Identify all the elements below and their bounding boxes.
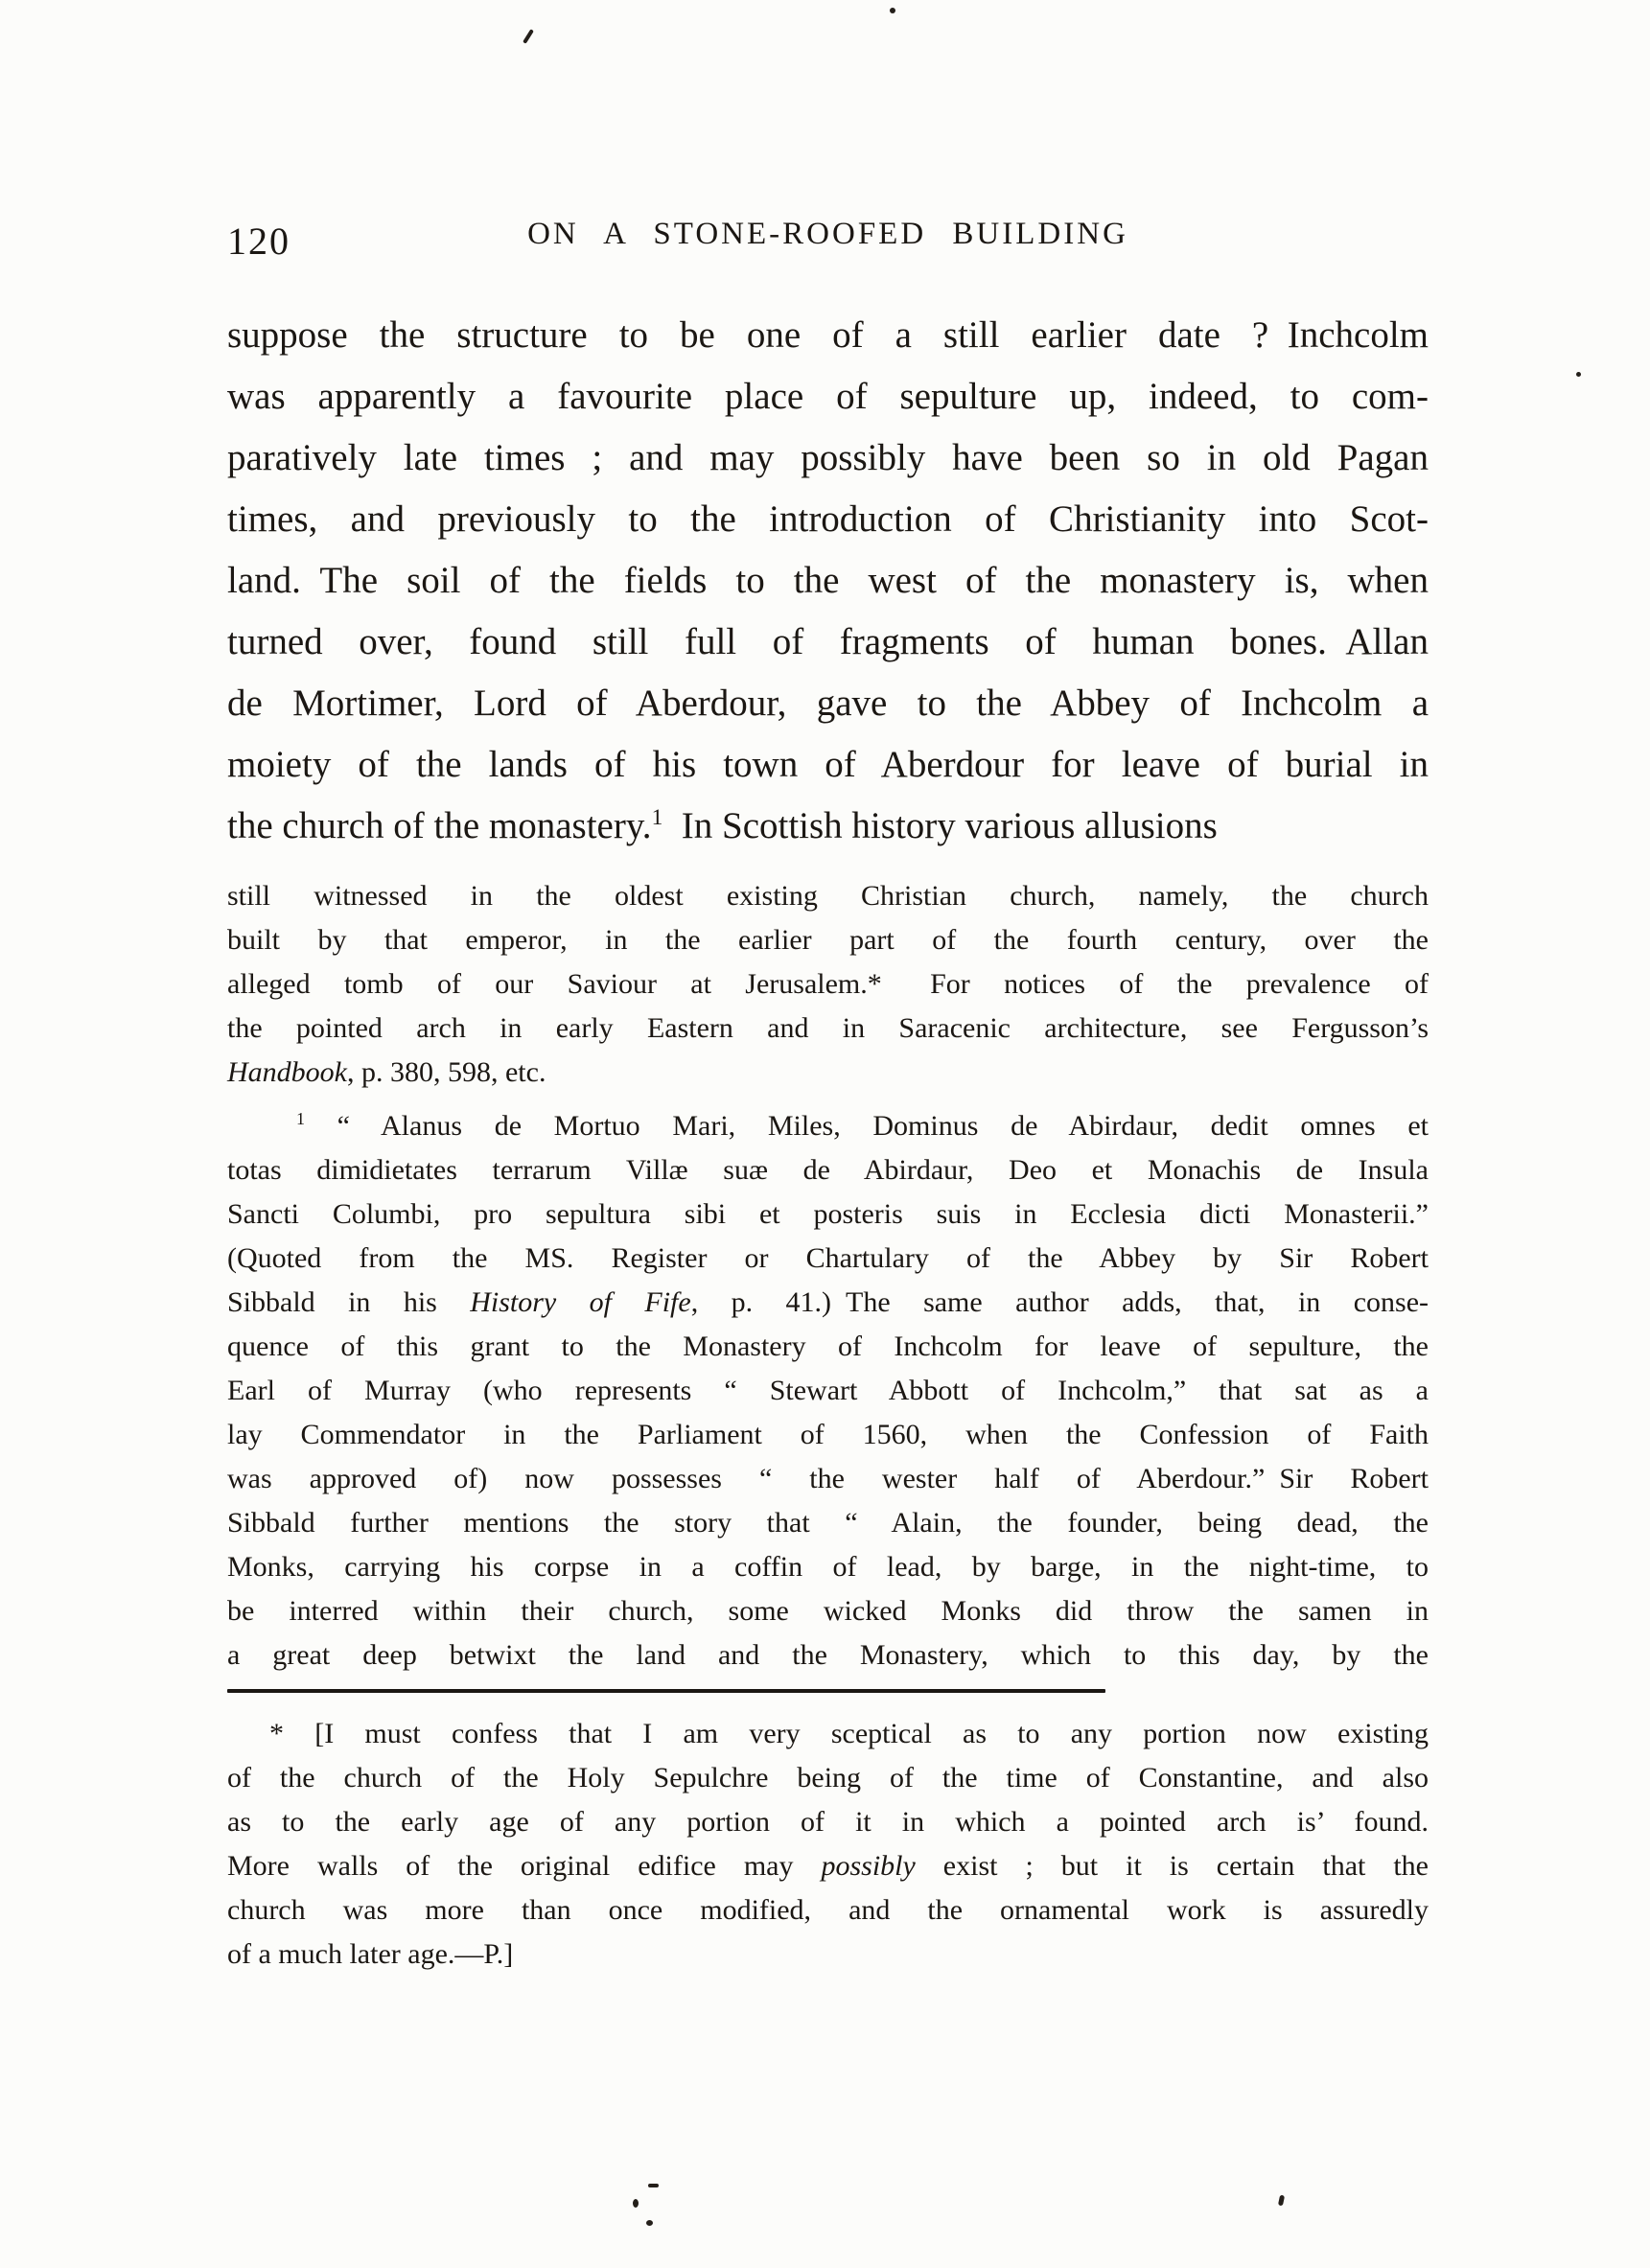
footnote-line: built by that emperor, in the earlier pa…: [227, 918, 1429, 962]
footnote-text-segment: exist ; but it is certain that the: [916, 1850, 1429, 1882]
ink-speck: [646, 2220, 653, 2226]
footnote-1-marker: 1: [296, 1109, 305, 1128]
body-line: de Mortimer, Lord of Aberdour, gave to t…: [227, 673, 1429, 734]
footnote-continuation: still witnessed in the oldest existing C…: [227, 874, 1429, 1095]
ink-speck: [523, 29, 534, 44]
footnote-line: (Quoted from the MS. Register or Chartul…: [227, 1237, 1429, 1281]
emphasis-italic: possibly: [821, 1850, 915, 1882]
ink-speck: [890, 8, 895, 13]
body-line: times, and previously to the introductio…: [227, 489, 1429, 550]
footnote-text-segment: , p. 41.) The same author adds, that, in…: [691, 1286, 1429, 1318]
main-paragraph: suppose the structure to be one of a sti…: [227, 305, 1429, 857]
running-title: ON A STONE-ROOFED BUILDING: [227, 217, 1429, 252]
footnote-line: 1 “ Alanus de Mortuo Mari, Miles, Dominu…: [227, 1104, 1429, 1148]
footnote-asterisk: * [I must confess that I am very sceptic…: [227, 1712, 1429, 1977]
footnote-line: of the church of the Holy Sepulchre bein…: [227, 1756, 1429, 1800]
page-number: 120: [227, 219, 290, 264]
footnote-line: Earl of Murray (who represents “ Stewart…: [227, 1369, 1429, 1413]
body-text-segment: the church of the monastery.: [227, 805, 652, 846]
book-title-italic: History of Fife: [470, 1286, 690, 1318]
page-header: 120 ON A STONE-ROOFED BUILDING: [227, 217, 1429, 265]
book-title-italic: Handbook: [227, 1056, 347, 1088]
ink-speck: [1278, 2195, 1285, 2207]
footnote-text-segment: Sibbald in his: [227, 1286, 470, 1318]
body-text-segment: In Scottish history various allusions: [662, 805, 1218, 846]
footnote-line: as to the early age of any portion of it…: [227, 1800, 1429, 1844]
footnote-text-segment: , p. 380, 598, etc.: [347, 1056, 546, 1088]
body-line: was apparently a favourite place of sepu…: [227, 366, 1429, 428]
body-line: moiety of the lands of his town of Aberd…: [227, 734, 1429, 796]
footnote-reference-1: 1: [652, 805, 663, 830]
body-line: turned over, found still full of fragmen…: [227, 612, 1429, 673]
footnote-line: totas dimidietates terrarum Villæ suæ de…: [227, 1148, 1429, 1192]
footnote-text-segment: More walls of the original edifice may: [227, 1850, 821, 1882]
footnote-line: More walls of the original edifice may p…: [227, 1844, 1429, 1888]
footnote-line: Sibbald further mentions the story that …: [227, 1501, 1429, 1545]
body-line: land. The soil of the fields to the west…: [227, 550, 1429, 612]
footnote-line: * [I must confess that I am very sceptic…: [227, 1712, 1429, 1756]
body-line: the church of the monastery.1 In Scottis…: [227, 796, 1429, 857]
footnote-text-segment: “ Alanus de Mortuo Mari, Miles, Dominus …: [305, 1110, 1429, 1142]
scanned-book-page: { "header": { "page_number": "120", "run…: [0, 0, 1650, 2268]
footnote-line: Monks, carrying his corpse in a coffin o…: [227, 1545, 1429, 1589]
ink-speck: [1576, 372, 1581, 377]
footnote-line: Sibbald in his History of Fife, p. 41.) …: [227, 1281, 1429, 1325]
footnote-line: was approved of) now possesses “ the wes…: [227, 1457, 1429, 1501]
footnote-line: alleged tomb of our Saviour at Jerusalem…: [227, 962, 1429, 1007]
ink-speck: [648, 2184, 659, 2187]
footnote-line: the pointed arch in early Eastern and in…: [227, 1007, 1429, 1051]
body-line: suppose the structure to be one of a sti…: [227, 305, 1429, 366]
footnote-line: lay Commendator in the Parliament of 156…: [227, 1413, 1429, 1457]
footnote-line: a great deep betwixt the land and the Mo…: [227, 1633, 1429, 1678]
footnote-1: 1 “ Alanus de Mortuo Mari, Miles, Dominu…: [227, 1104, 1429, 1678]
footnote-line: Handbook, p. 380, 598, etc.: [227, 1051, 1429, 1095]
footnote-line: still witnessed in the oldest existing C…: [227, 874, 1429, 918]
footnote-line: quence of this grant to the Monastery of…: [227, 1325, 1429, 1369]
footnote-line: church was more than once modified, and …: [227, 1888, 1429, 1932]
ink-speck: [633, 2199, 639, 2208]
footnote-separator-rule: [227, 1689, 1105, 1693]
body-line: paratively late times ; and may possibly…: [227, 428, 1429, 489]
footnote-line: of a much later age.—P.]: [227, 1932, 1429, 1977]
footnote-line: be interred within their church, some wi…: [227, 1589, 1429, 1633]
footnote-line: Sancti Columbi, pro sepultura sibi et po…: [227, 1192, 1429, 1237]
